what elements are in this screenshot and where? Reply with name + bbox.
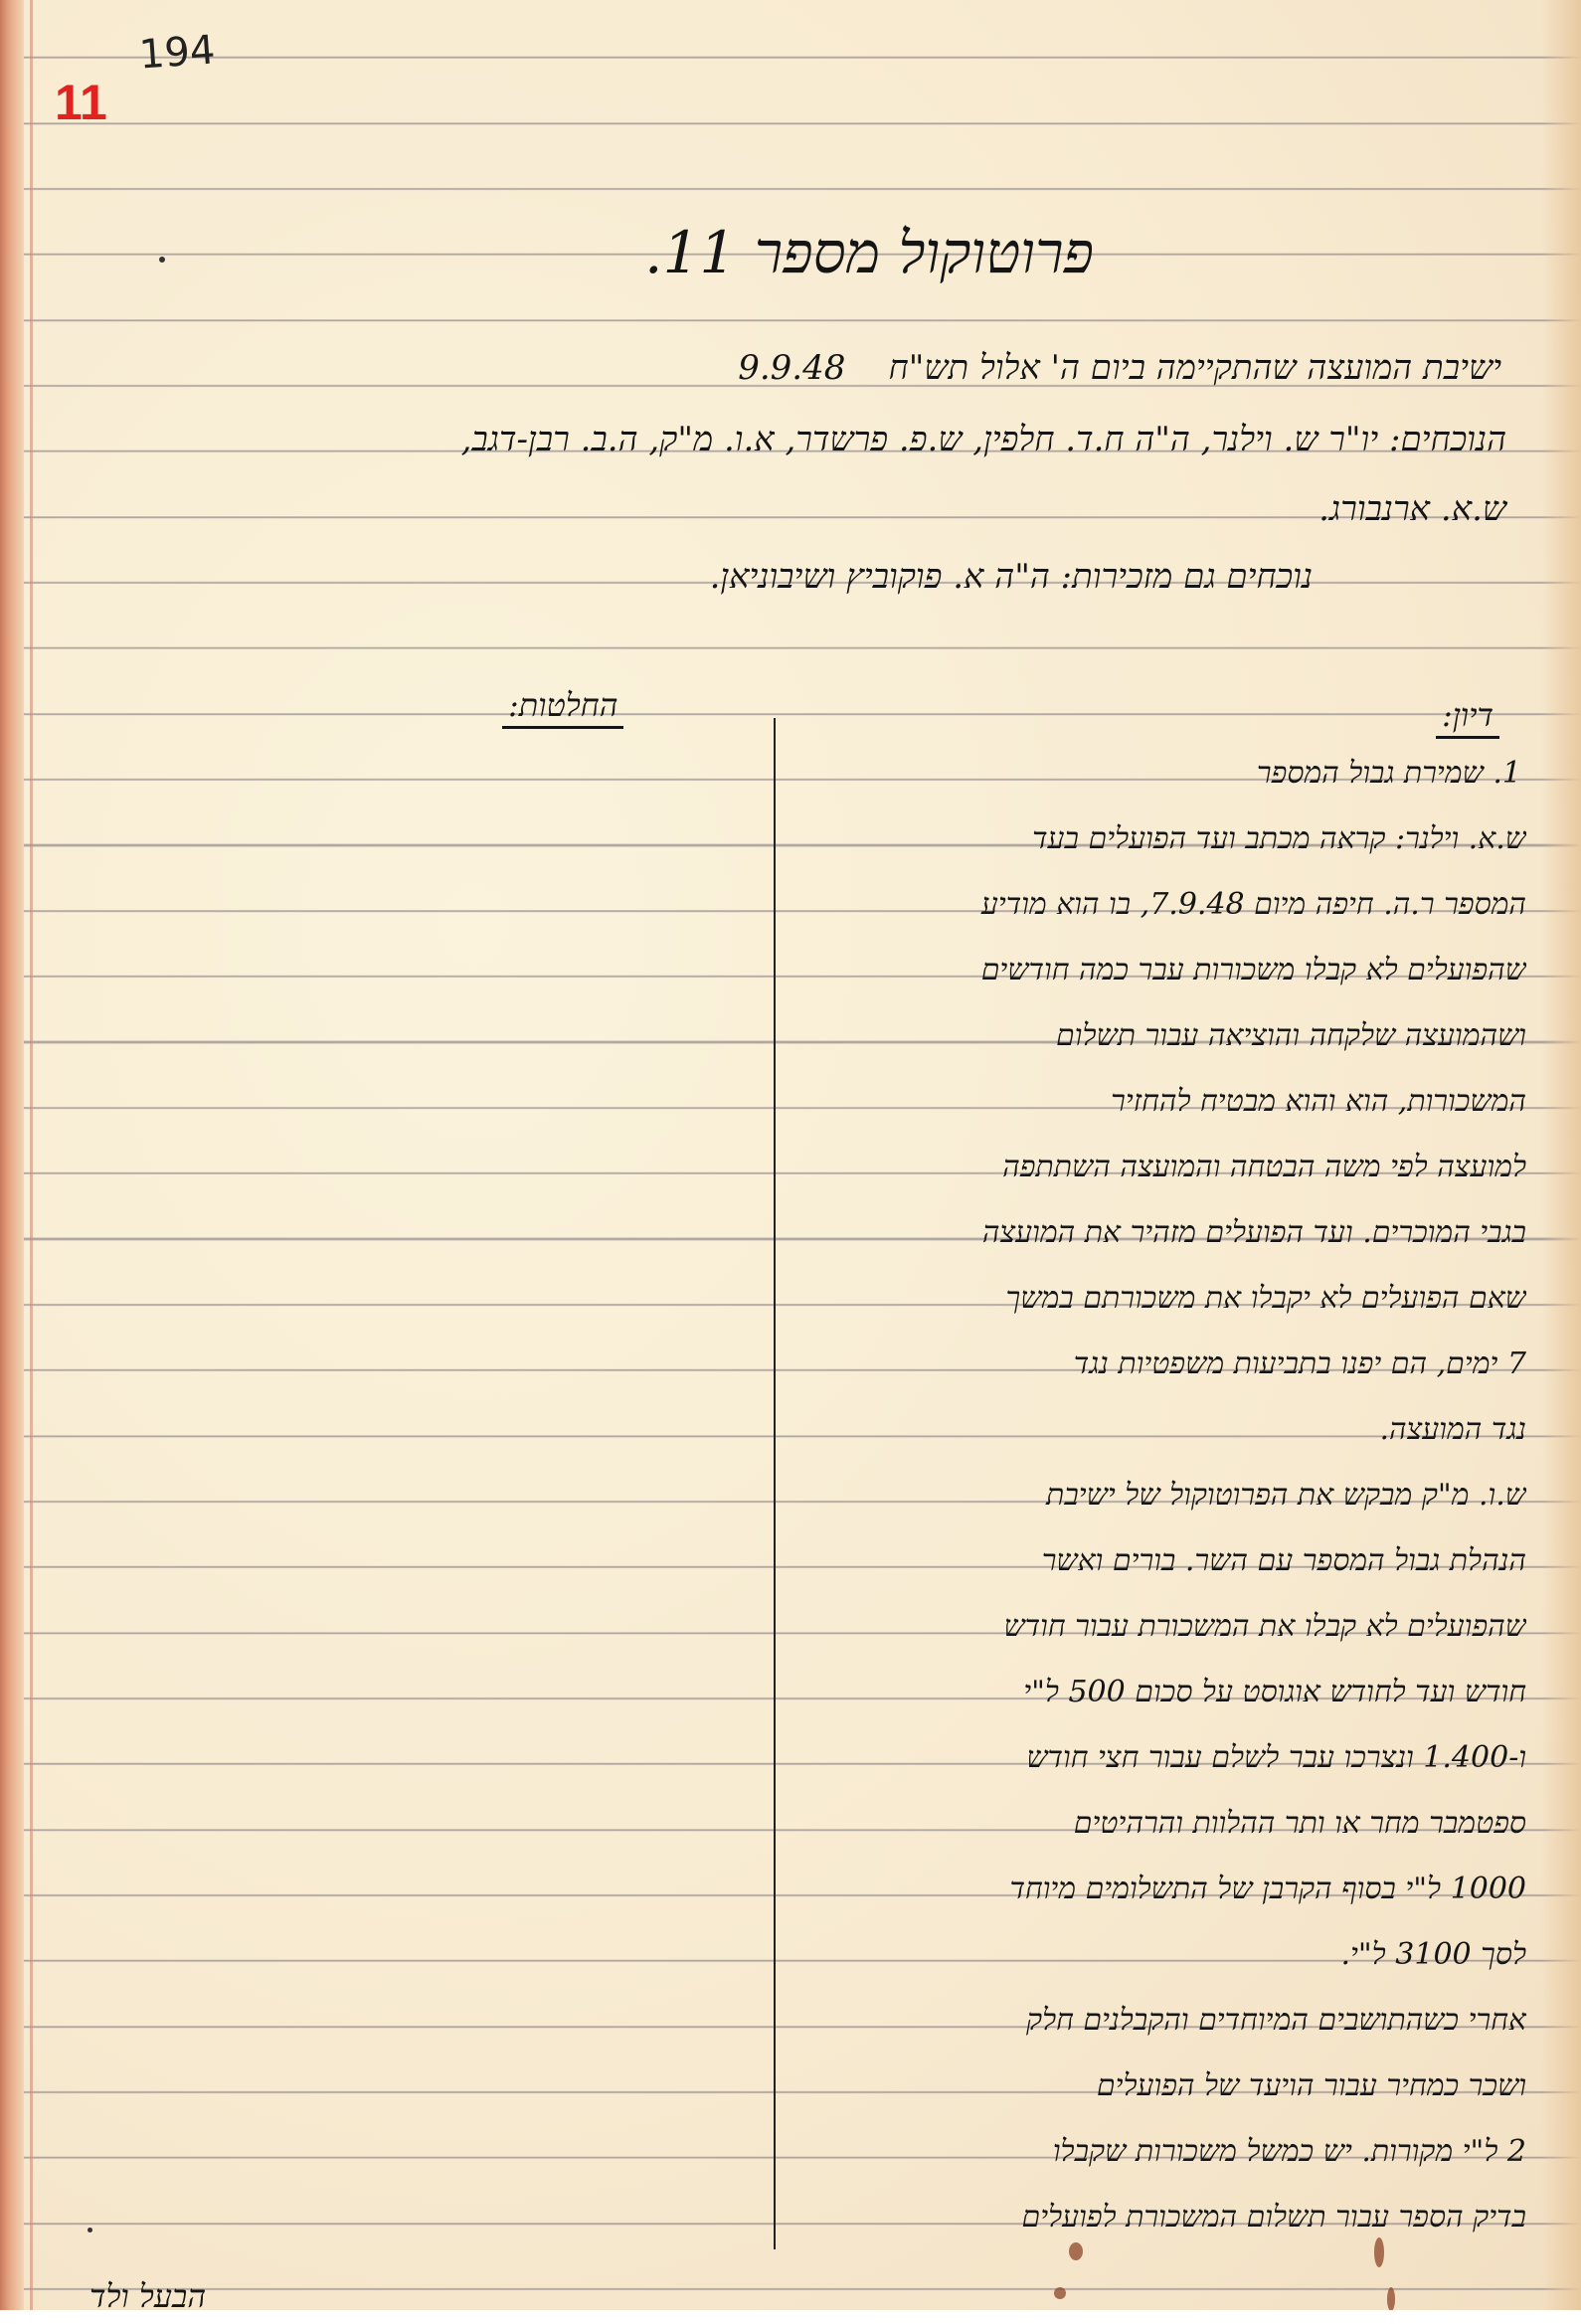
scan-border <box>0 2310 1581 2324</box>
discussion-line: שהפועלים לא קבלו משכורות עבר כמה חודשים <box>800 953 1526 987</box>
discussion-line: 1000 ל"י בסוף הקרבן של התשלומים מיוחד <box>800 1872 1526 1906</box>
discussion-line: 7 ימים, הם יפנו בתביעות משפטיות נגד <box>800 1346 1526 1381</box>
speaker-name: ש.ו. מ"ק <box>1422 1478 1526 1513</box>
decisions-heading: החלטות: <box>502 686 623 729</box>
attendees-line-2: ש.א. ארנבורג. <box>1318 489 1506 529</box>
page-binding-edge <box>0 0 24 2310</box>
meeting-date: 9.9.48 <box>738 348 845 388</box>
page-edge-shade <box>1541 0 1581 2310</box>
discussion-line: בגבי המוכרים. ועד הפועלים מזהיר את המועצ… <box>800 1215 1526 1250</box>
signature: הבעל ולד <box>89 2277 206 2310</box>
discussion-line: אחרי כשהתושבים המיוחדים והקבלנים חלק <box>800 2003 1526 2038</box>
discussion-line: נגד המועצה. <box>800 1412 1526 1447</box>
discussion-line: ו-1.400 ונצרכו עבר לשלם עבור חצי חודש <box>800 1740 1526 1775</box>
meeting-line: ישיבת המועצה שהתקיימה ביום ה' אלול תש"ח … <box>738 348 1501 388</box>
discussion-heading: דיון: <box>1436 696 1499 739</box>
discussion-line: לסך 3100 ל"י. <box>800 1937 1526 1972</box>
decisions-column <box>40 756 756 2247</box>
discussion-line: ספטמבר מחר או ותר ההלוות והרהיטים <box>800 1806 1526 1841</box>
discussion-line: הנהלת גבול המספר עם השר. בורים ואשר <box>800 1543 1526 1578</box>
speaker-name: ש.א. וילנר: <box>1395 821 1526 856</box>
discussion-line: בדיק הספר עבור תשלום המשכורת לפועלים <box>800 2200 1526 2235</box>
ink-dot <box>88 2228 92 2233</box>
discussion-line: ושכר כמחיר עבור הויעד של הפועלים <box>800 2068 1526 2103</box>
discussion-line: המספר ר.ה. חיפה מיום 7.9.48, בו הוא מודי… <box>800 887 1526 922</box>
discussion-line: ש.ו. מ"ק מבקש את הפרוטוקול של ישיבת <box>800 1478 1526 1513</box>
discussion-line: חודש ועד לחודש אוגוסט על סכום 500 ל"י <box>800 1675 1526 1709</box>
agenda-item-1-heading: 1. שמירת גבול המספר <box>795 756 1521 791</box>
discussion-line: ושהמועצה שלקחה והוציאה עבור תשלום <box>800 1018 1526 1053</box>
column-divider <box>774 718 776 2249</box>
ink-stain <box>1069 2242 1083 2260</box>
discussion-line: 2 ל"י מקורות. יש כמשל משכורות שקבלו <box>800 2134 1526 2169</box>
discussion-line: המשכורות, הוא והוא מבטיח להחזיר <box>800 1084 1526 1119</box>
archive-marker: 11 <box>55 78 107 127</box>
ink-dot <box>159 257 165 263</box>
discussion-line: למועצה לפי משה הבטחה והמועצה השתתפה <box>800 1150 1526 1184</box>
document-title: פרוטוקול מספר 11. <box>696 219 1094 286</box>
ink-stain <box>1387 2287 1395 2310</box>
margin-rule <box>30 0 33 2310</box>
attendees-line-1: הנוכחים: יו"ר ש. וילנר, ה"ה ח.ד. חלפין, … <box>461 420 1506 459</box>
discussion-line: שאם הפועלים לא יקבלו את משכורתם במשך <box>800 1281 1526 1316</box>
ink-stain <box>1054 2287 1066 2299</box>
page-number: 194 <box>137 27 216 78</box>
discussion-line: ש.א. וילנר: קראה מכתב ועד הפועלים בעד <box>800 821 1526 856</box>
also-present-line: נוכחים גם מזכירות: ה"ה א. פוקוביץ ושיבונ… <box>710 557 1313 597</box>
discussion-line: שהפועלים לא קבלו את המשכורת עבור חודש <box>800 1609 1526 1644</box>
ink-stain <box>1374 2237 1384 2267</box>
meeting-description: ישיבת המועצה שהתקיימה ביום ה' אלול תש"ח <box>889 348 1501 388</box>
notebook-page: 11 194 פרוטוקול מספר 11. ישיבת המועצה שה… <box>0 0 1581 2310</box>
